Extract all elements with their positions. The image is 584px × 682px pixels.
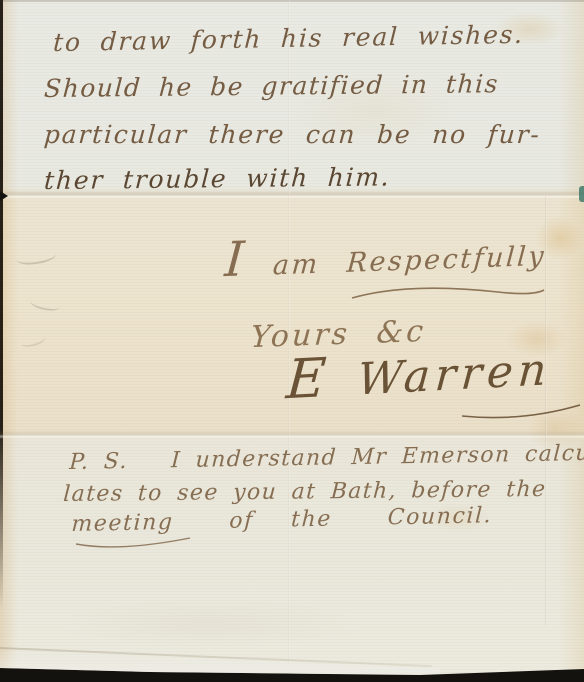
fold-crease-horizontal-upper [0,190,584,199]
ink-bleed-through-mark [15,247,57,266]
paper-texture [0,0,584,682]
postscript-line-3: meeting of the Council. [71,503,493,537]
scan-shadow-left-edge [0,0,3,610]
letter-body-line-1: to draw forth his real wishes. [52,20,524,57]
signature-e-warren: E Warren [284,344,553,409]
postscript-line-2: lates to see you at Bath, before the [63,477,548,507]
postscript-line-1: P. S. I understand Mr Emerson calcu- [69,441,584,475]
letter-body-line-4: ther trouble with him. [43,162,391,195]
ink-bleed-through-mark [29,295,61,313]
foxing-stain [426,504,490,532]
fold-crease-diagonal-bottom [0,647,432,667]
letter-body-line-3: particular there can be no fur- [43,120,542,149]
foxing-stain [495,12,565,46]
foxing-stain [60,598,360,650]
paper-aged-edge-right [558,0,584,682]
respectfully-underline-flourish [348,286,548,304]
ink-bleed-through-mark [19,331,47,349]
letter-scan: to draw forth his real wishes. Should he… [0,0,584,682]
paper-sheet: to draw forth his real wishes. Should he… [0,0,584,682]
folded-bottom-corner [0,648,440,674]
teal-edge-mark [579,186,584,202]
fold-crease-vertical-right [545,196,547,626]
scan-shadow-top-edge [0,0,584,2]
letter-yours-line: Yours &c [250,314,428,355]
foxing-stain [290,74,460,148]
fold-crease-vertical-center [288,0,290,668]
letter-body-line-2: Should he be gratified in this [43,69,500,103]
fold-notch-left-edge [0,191,8,201]
letter-closing-line: I am Respectfully [223,235,547,283]
fold-crease-horizontal-lower [0,430,584,439]
meeting-underline-flourish [74,536,194,550]
